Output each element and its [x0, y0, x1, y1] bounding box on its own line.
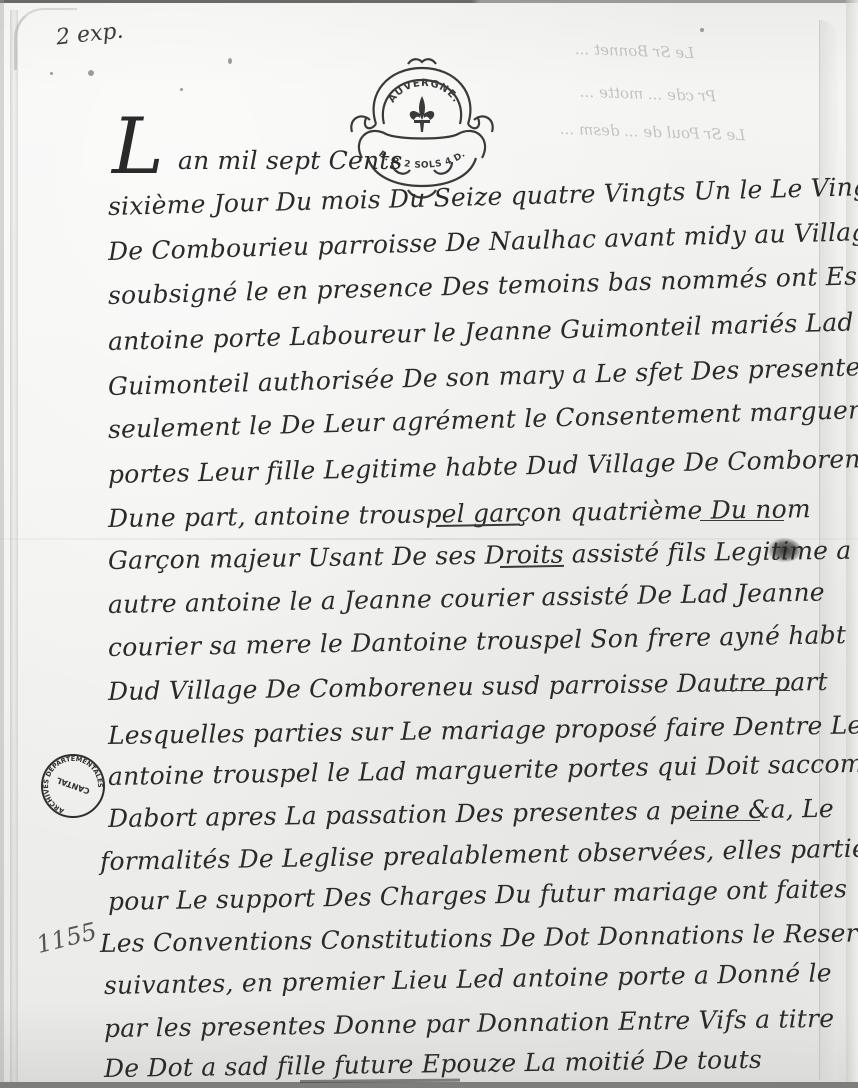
archive-stamp-cantal: ARCHIVES DÉPARTEMENTALES CANTAL [40, 753, 106, 819]
text-line: Dune part, antoine trouspel garçon quatr… [108, 494, 811, 533]
fleur-de-lis-icon [410, 96, 435, 132]
text-line: par les presentes Donne par Donnation En… [104, 1004, 835, 1043]
text-line: seulement le De Leur agrément le Consent… [108, 394, 858, 444]
scanned-document-page: Le Sr Bonnet ... Pr cde ... motte ... Le… [0, 0, 858, 1088]
line-filler-stroke [690, 820, 760, 821]
paper-speck [228, 58, 232, 64]
bleed-through-line: Le Sr Poul de ... desm ... [560, 120, 746, 144]
scan-left-edge [0, 0, 4, 1088]
line-filler-stroke [720, 690, 790, 691]
paper-speck [180, 88, 183, 91]
text-line: courier sa mere le Dantoine trouspel Son… [108, 620, 847, 662]
bleed-through-line: Le Sr Bonnet ... [575, 40, 695, 62]
line-filler-stroke [700, 520, 784, 521]
text-line: Guimonteil authorisée De son mary a Le s… [108, 352, 858, 401]
drop-cap-letter: L [112, 108, 164, 186]
ink-blot [768, 538, 802, 562]
text-line: De Combourieu parroisse De Naulhac avant… [108, 217, 858, 266]
text-line: suivantes, en premier Lieu Led antoine p… [104, 958, 832, 1000]
svg-text:AUVERGNE.: AUVERGNE. [386, 78, 461, 105]
scan-bottom-edge [0, 1082, 858, 1088]
text-line: Garçon majeur Usant De ses Droits assist… [108, 535, 858, 575]
bleed-through-line: Pr cde ... motte ... [580, 83, 717, 106]
text-line: pour Le support Des Charges Du futur mar… [108, 874, 848, 916]
text-line: antoine trouspel le Lad marguerite porte… [108, 748, 858, 791]
text-line: Les Conventions Constitutions De Dot Don… [100, 917, 858, 958]
text-line: autre antoine le a Jeanne courier assist… [108, 577, 825, 619]
text-line: formalités De Leglise prealablement obse… [100, 833, 858, 876]
paper-speck [700, 28, 704, 32]
tax-stamp-top-text: AUVERGNE. [386, 78, 461, 105]
scan-top-edge [0, 0, 858, 3]
text-line: portes Leur fille Legitime habte Dud Vil… [108, 444, 858, 489]
margin-folio-number: 1155 [34, 917, 100, 959]
archive-stamp-center-text: CANTAL [55, 775, 91, 795]
text-line: soubsigné le en presence Des temoins bas… [108, 259, 858, 310]
paper-speck [88, 70, 94, 76]
paper-speck [50, 72, 53, 75]
text-line: De Dot a sad fille future Epouze La moit… [104, 1045, 762, 1083]
text-line: Dabort apres La passation Des presentes … [108, 794, 834, 833]
text-line: an mil sept Cents [178, 146, 403, 175]
page-binding-shadow [10, 10, 18, 1085]
text-line: antoine porte Laboureur le Jeanne Guimon… [108, 307, 854, 356]
text-line: Dud Village De Comboreneu susd parroisse… [108, 667, 828, 706]
text-line: Lesquelles parties sur Le mariage propos… [108, 710, 858, 750]
